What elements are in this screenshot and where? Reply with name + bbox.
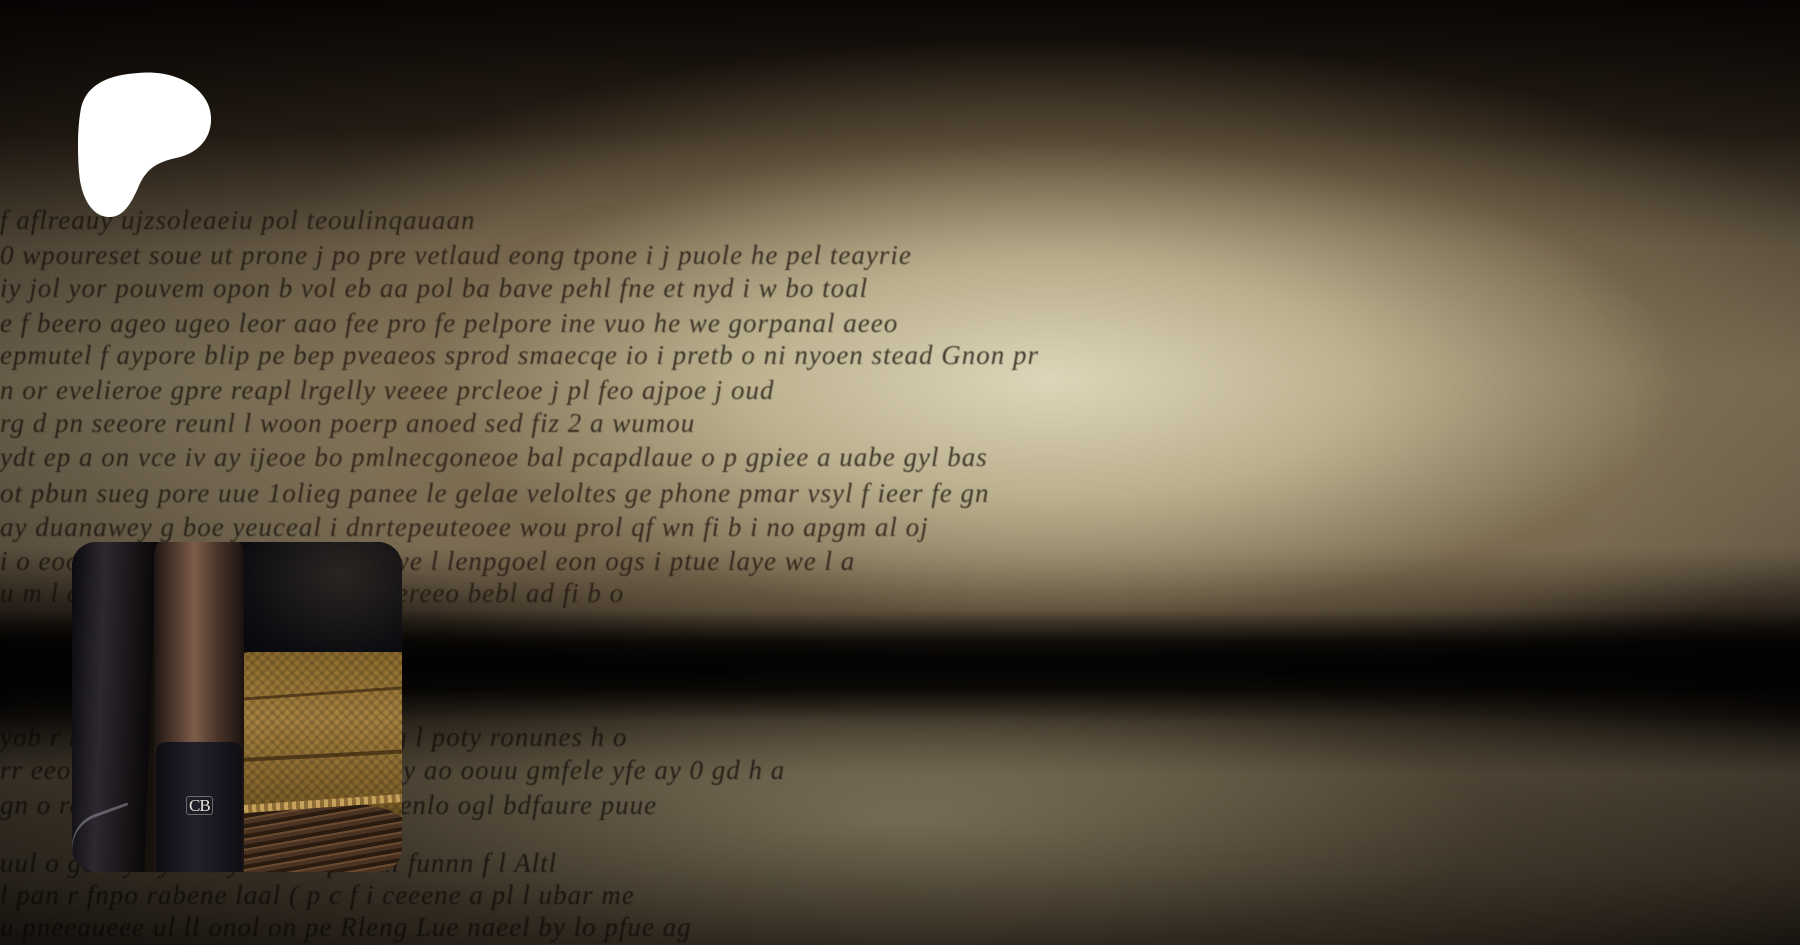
- monogram-badge: CB: [186, 796, 213, 815]
- patreon-logo-icon[interactable]: [78, 72, 212, 218]
- creator-avatar[interactable]: CB: [72, 542, 402, 872]
- cover-banner: f aflreauy ujzsoleaeiu pol teoulinqauaan…: [0, 0, 1800, 945]
- avatar-chair-wood: [222, 804, 402, 872]
